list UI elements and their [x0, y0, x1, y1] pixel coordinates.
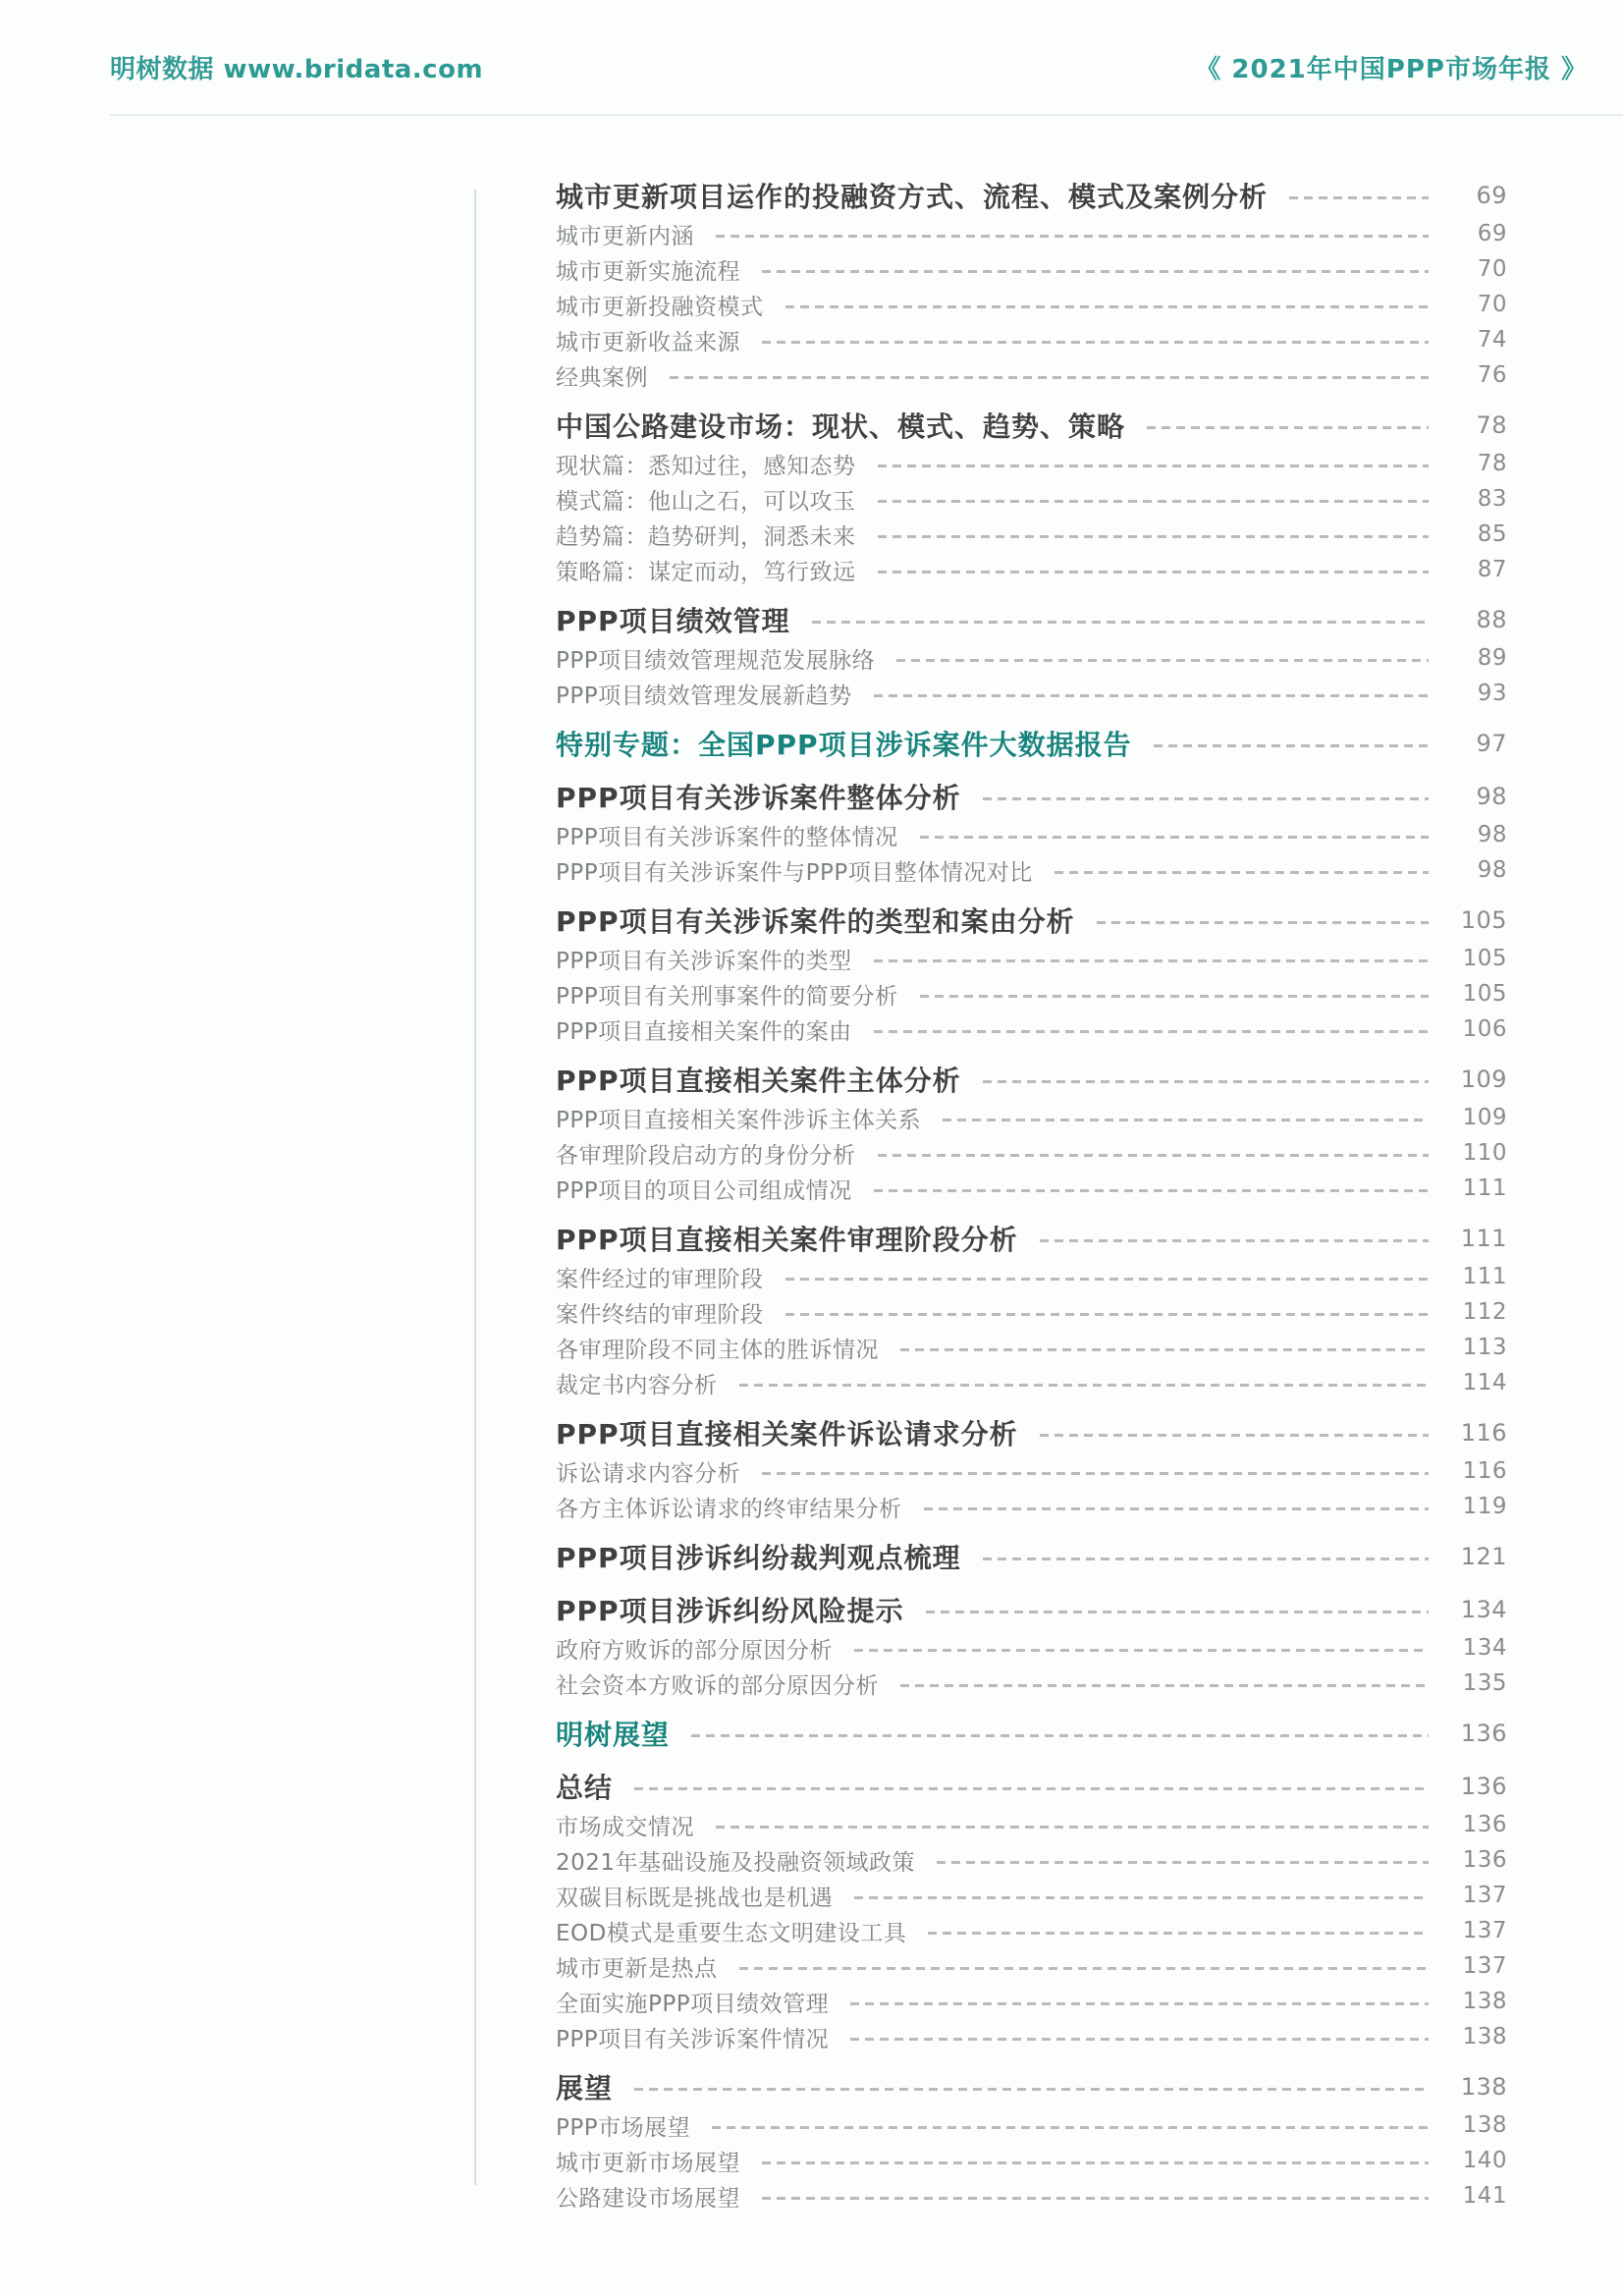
dotted-leader: [983, 1558, 1429, 1560]
dotted-leader: [812, 621, 1429, 624]
dotted-leader: [874, 959, 1429, 962]
dotted-leader: [712, 2126, 1429, 2129]
dotted-leader: [878, 535, 1430, 538]
toc-item: 各审理阶段不同主体的胜诉情况113: [556, 1330, 1507, 1365]
dotted-leader: [716, 235, 1429, 238]
dotted-leader: [900, 1348, 1429, 1351]
dotted-leader: [739, 1967, 1430, 1970]
toc-page-number: 138: [1454, 2073, 1507, 2101]
toc-item: PPP项目的项目公司组成情况111: [556, 1171, 1507, 1206]
toc-entry-label: PPP项目绩效管理发展新趋势: [556, 678, 852, 710]
dotted-leader: [762, 1472, 1429, 1475]
dotted-leader: [1040, 1239, 1429, 1242]
toc-entry-label: 明树展望: [556, 1714, 670, 1753]
toc-page-number: 121: [1454, 1543, 1507, 1570]
toc-entry-label: PPP项目绩效管理规范发展脉络: [556, 642, 875, 675]
dotted-leader: [1154, 744, 1429, 747]
dotted-leader: [634, 2088, 1429, 2091]
toc-page-number: 105: [1454, 981, 1507, 1007]
toc-entry-label: 城市更新内涵: [556, 218, 694, 250]
dotted-leader: [762, 341, 1429, 344]
toc-entry-label: 诉讼请求内容分析: [556, 1455, 740, 1488]
toc-entry-label: PPP项目有关涉诉案件的类型和案由分析: [556, 901, 1075, 940]
dotted-leader: [850, 2002, 1429, 2005]
toc-section-heading: 特别专题：全国PPP项目涉诉案件大数据报告97: [556, 723, 1507, 764]
toc-item: PPP项目有关涉诉案件与PPP项目整体情况对比98: [556, 852, 1507, 888]
toc-section-heading: PPP项目直接相关案件主体分析109: [556, 1059, 1507, 1100]
toc-section: 总结136市场成交情况1362021年基础设施及投融资领域政策136双碳目标既是…: [556, 1766, 1507, 2054]
toc-item: 模式篇：他山之石，可以攻玉83: [556, 481, 1507, 517]
dotted-leader: [878, 1154, 1430, 1157]
toc-section: 明树展望136: [556, 1713, 1507, 1754]
toc-item: PPP项目有关刑事案件的简要分析105: [556, 976, 1507, 1011]
toc-page-number: 69: [1454, 221, 1507, 246]
dotted-leader: [785, 1313, 1430, 1316]
toc-page-number: 76: [1454, 362, 1507, 388]
toc-page-number: 136: [1454, 1847, 1507, 1873]
toc-page-number: 70: [1454, 256, 1507, 282]
toc-page-number: 136: [1454, 1812, 1507, 1837]
toc-entry-label: PPP项目绩效管理: [556, 600, 790, 639]
toc-item: 趋势篇：趋势研判，洞悉未来85: [556, 517, 1507, 552]
toc-page-number: 111: [1454, 1225, 1507, 1252]
toc-entry-label: PPP项目直接相关案件审理阶段分析: [556, 1219, 1018, 1258]
toc-section: 城市更新项目运作的投融资方式、流程、模式及案例分析69城市更新内涵69城市更新实…: [556, 175, 1507, 393]
dotted-leader: [928, 1932, 1429, 1935]
toc-entry-label: PPP项目有关涉诉案件整体分析: [556, 777, 961, 816]
dotted-leader: [762, 2197, 1429, 2200]
dotted-leader: [926, 1611, 1429, 1613]
toc-page-number: 89: [1454, 645, 1507, 671]
dotted-leader: [785, 1278, 1430, 1281]
toc-item: 策略篇：谋定而动，笃行致远87: [556, 552, 1507, 587]
toc-page-number: 78: [1454, 411, 1507, 439]
toc-page-number: 74: [1454, 327, 1507, 353]
toc-entry-label: 模式篇：他山之石，可以攻玉: [556, 483, 856, 516]
toc-section: PPP项目涉诉纠纷裁判观点梳理121: [556, 1536, 1507, 1577]
toc-section-heading: PPP项目涉诉纠纷风险提示134: [556, 1589, 1507, 1630]
dotted-leader: [850, 2038, 1429, 2041]
toc-section: 中国公路建设市场：现状、模式、趋势、策略78现状篇：悉知过往，感知态势78模式篇…: [556, 405, 1507, 587]
toc-entry-label: 各审理阶段不同主体的胜诉情况: [556, 1332, 879, 1364]
toc-section-heading: PPP项目有关涉诉案件的类型和案由分析105: [556, 900, 1507, 941]
toc-section-heading: PPP项目直接相关案件审理阶段分析111: [556, 1218, 1507, 1259]
toc-item: 2021年基础设施及投融资领域政策136: [556, 1842, 1507, 1878]
toc-section: PPP项目直接相关案件主体分析109PPP项目直接相关案件涉诉主体关系109各审…: [556, 1059, 1507, 1206]
toc-item: 城市更新是热点137: [556, 1948, 1507, 1984]
toc-entry-label: 城市更新收益来源: [556, 324, 740, 356]
toc-page-number: 98: [1454, 783, 1507, 810]
toc-entry-label: 案件终结的审理阶段: [556, 1296, 764, 1329]
toc-page-number: 112: [1454, 1299, 1507, 1325]
toc-entry-label: PPP项目涉诉纠纷风险提示: [556, 1590, 904, 1629]
toc-entry-label: PPP项目有关涉诉案件情况: [556, 2021, 829, 2053]
toc-section: PPP项目有关涉诉案件的类型和案由分析105PPP项目有关涉诉案件的类型105P…: [556, 900, 1507, 1047]
toc-item: 城市更新市场展望140: [556, 2143, 1507, 2178]
toc-item: PPP市场展望138: [556, 2107, 1507, 2143]
toc-section-heading: PPP项目有关涉诉案件整体分析98: [556, 776, 1507, 817]
toc-item: 城市更新投融资模式70: [556, 287, 1507, 322]
toc-vertical-divider: [474, 190, 476, 2185]
toc-item: 案件终结的审理阶段112: [556, 1294, 1507, 1330]
dotted-leader: [878, 500, 1430, 503]
toc-page-number: 106: [1454, 1016, 1507, 1042]
toc-page-number: 140: [1454, 2148, 1507, 2173]
toc-entry-label: PPP项目有关涉诉案件与PPP项目整体情况对比: [556, 854, 1033, 887]
dotted-leader: [920, 995, 1429, 998]
toc-page-number: 134: [1454, 1635, 1507, 1661]
toc-section-heading: PPP项目绩效管理88: [556, 599, 1507, 640]
toc-entry-label: 各方主体诉讼请求的终审结果分析: [556, 1491, 902, 1523]
toc-entry-label: 案件经过的审理阶段: [556, 1261, 764, 1293]
toc-entry-label: 社会资本方败诉的部分原因分析: [556, 1667, 879, 1700]
toc-section-heading: PPP项目直接相关案件诉讼请求分析116: [556, 1412, 1507, 1453]
toc-page-number: 98: [1454, 857, 1507, 883]
toc-item: PPP项目绩效管理规范发展脉络89: [556, 640, 1507, 676]
toc-entry-label: 裁定书内容分析: [556, 1367, 718, 1399]
toc-page-number: 109: [1454, 1105, 1507, 1130]
toc-entry-label: 展望: [556, 2067, 613, 2106]
toc-page-number: 110: [1454, 1140, 1507, 1166]
toc-entry-label: 城市更新项目运作的投融资方式、流程、模式及案例分析: [556, 176, 1268, 215]
dotted-leader: [896, 659, 1429, 662]
dotted-leader: [878, 465, 1430, 467]
toc-item: 政府方败诉的部分原因分析134: [556, 1630, 1507, 1666]
toc-section: PPP项目直接相关案件审理阶段分析111案件经过的审理阶段111案件终结的审理阶…: [556, 1218, 1507, 1400]
dotted-leader: [878, 571, 1430, 574]
toc-item: 现状篇：悉知过往，感知态势78: [556, 446, 1507, 481]
toc-entry-label: 现状篇：悉知过往，感知态势: [556, 448, 856, 480]
dotted-leader: [1097, 921, 1429, 924]
toc-entry-label: PPP项目涉诉纠纷裁判观点梳理: [556, 1537, 961, 1576]
toc-page-number: 137: [1454, 1883, 1507, 1908]
toc-item: 裁定书内容分析114: [556, 1365, 1507, 1400]
toc-entry-label: 趋势篇：趋势研判，洞悉未来: [556, 519, 856, 551]
toc-page-number: 70: [1454, 292, 1507, 317]
toc-page-number: 138: [1454, 1989, 1507, 2014]
dotted-leader: [983, 1080, 1429, 1083]
dotted-leader: [854, 1649, 1429, 1652]
dotted-leader: [874, 1030, 1429, 1033]
toc-item: PPP项目有关涉诉案件的类型105: [556, 941, 1507, 976]
toc-section-heading: 明树展望136: [556, 1713, 1507, 1754]
toc-entry-label: PPP项目有关涉诉案件的类型: [556, 943, 852, 975]
toc-entry-label: 市场成交情况: [556, 1809, 694, 1841]
toc-entry-label: 总结: [556, 1767, 613, 1806]
toc-page-number: 93: [1454, 681, 1507, 706]
toc-entry-label: PPP项目直接相关案件主体分析: [556, 1060, 961, 1099]
toc-section-heading: 总结136: [556, 1766, 1507, 1807]
dotted-leader: [670, 376, 1429, 379]
dotted-leader: [762, 270, 1429, 273]
toc-item: PPP项目有关涉诉案件的整体情况98: [556, 817, 1507, 852]
toc-entry-label: PPP项目的项目公司组成情况: [556, 1173, 852, 1205]
toc-item: 社会资本方败诉的部分原因分析135: [556, 1666, 1507, 1701]
toc-page-number: 83: [1454, 486, 1507, 512]
toc-item: 城市更新内涵69: [556, 216, 1507, 251]
dotted-leader: [1055, 871, 1429, 874]
toc-page-number: 134: [1454, 1596, 1507, 1623]
toc-page-number: 87: [1454, 557, 1507, 582]
toc-section: PPP项目有关涉诉案件整体分析98PPP项目有关涉诉案件的整体情况98PPP项目…: [556, 776, 1507, 888]
toc-section: PPP项目绩效管理88PPP项目绩效管理规范发展脉络89PPP项目绩效管理发展新…: [556, 599, 1507, 711]
toc-item: PPP项目直接相关案件涉诉主体关系109: [556, 1100, 1507, 1135]
toc-page-number: 78: [1454, 451, 1507, 476]
dotted-leader: [900, 1684, 1429, 1687]
toc-item: 诉讼请求内容分析116: [556, 1453, 1507, 1489]
toc-entry-label: 经典案例: [556, 359, 648, 392]
toc-entry-label: 中国公路建设市场：现状、模式、趋势、策略: [556, 406, 1125, 445]
header-divider: [110, 114, 1623, 116]
dotted-leader: [1040, 1434, 1429, 1437]
report-title: 《 2021年中国PPP市场年报 》: [1195, 49, 1588, 85]
toc-section: PPP项目涉诉纠纷风险提示134政府方败诉的部分原因分析134社会资本方败诉的部…: [556, 1589, 1507, 1701]
toc-entry-label: PPP项目有关刑事案件的简要分析: [556, 978, 898, 1011]
toc-page-number: 135: [1454, 1670, 1507, 1696]
toc-page-number: 116: [1454, 1419, 1507, 1447]
toc-entry-label: 特别专题：全国PPP项目涉诉案件大数据报告: [556, 724, 1132, 763]
dotted-leader: [943, 1119, 1429, 1121]
brand-text: 明树数据 www.bridata.com: [110, 49, 483, 85]
toc-item: EOD模式是重要生态文明建设工具137: [556, 1913, 1507, 1948]
toc-item: 市场成交情况136: [556, 1807, 1507, 1842]
toc-section-heading: 展望138: [556, 2066, 1507, 2107]
toc-entry-label: 城市更新实施流程: [556, 253, 740, 286]
toc-entry-label: 各审理阶段启动方的身份分析: [556, 1137, 856, 1170]
toc-page-number: 116: [1454, 1458, 1507, 1484]
dotted-leader: [634, 1787, 1429, 1790]
toc-entry-label: 城市更新投融资模式: [556, 289, 764, 321]
toc-page-number: 138: [1454, 2112, 1507, 2138]
toc-page-number: 111: [1454, 1175, 1507, 1201]
toc-page-number: 136: [1454, 1720, 1507, 1747]
page-header: 明树数据 www.bridata.com 《 2021年中国PPP市场年报 》: [110, 49, 1588, 85]
toc-section-heading: 中国公路建设市场：现状、模式、趋势、策略78: [556, 405, 1507, 446]
toc-entry-label: 全面实施PPP项目绩效管理: [556, 1986, 829, 2018]
toc-page-number: 88: [1454, 606, 1507, 633]
toc-item: 各审理阶段启动方的身份分析110: [556, 1135, 1507, 1171]
dotted-leader: [937, 1861, 1429, 1864]
toc-section: PPP项目直接相关案件诉讼请求分析116诉讼请求内容分析116各方主体诉讼请求的…: [556, 1412, 1507, 1524]
toc-page-number: 114: [1454, 1370, 1507, 1395]
toc-section: 展望138PPP市场展望138城市更新市场展望140公路建设市场展望141: [556, 2066, 1507, 2214]
dotted-leader: [762, 2161, 1429, 2164]
toc-entry-label: PPP项目直接相关案件涉诉主体关系: [556, 1102, 921, 1134]
toc-page-number: 105: [1454, 946, 1507, 971]
toc: 城市更新项目运作的投融资方式、流程、模式及案例分析69城市更新内涵69城市更新实…: [556, 175, 1507, 2214]
toc-page-number: 138: [1454, 2024, 1507, 2050]
toc-item: PPP项目直接相关案件的案由106: [556, 1011, 1507, 1047]
dotted-leader: [716, 1826, 1429, 1829]
toc-entry-label: 城市更新是热点: [556, 1950, 718, 1983]
dotted-leader: [983, 797, 1429, 800]
dotted-leader: [1289, 196, 1429, 199]
toc-section-heading: 城市更新项目运作的投融资方式、流程、模式及案例分析69: [556, 175, 1507, 216]
dotted-leader: [739, 1384, 1430, 1387]
toc-entry-label: 双碳目标既是挑战也是机遇: [556, 1880, 833, 1912]
toc-item: 城市更新实施流程70: [556, 251, 1507, 287]
toc-page-number: 98: [1454, 822, 1507, 847]
toc-entry-label: PPP项目有关涉诉案件的整体情况: [556, 819, 898, 851]
toc-page-number: 85: [1454, 521, 1507, 547]
toc-page-number: 119: [1454, 1494, 1507, 1519]
dotted-leader: [1147, 426, 1429, 429]
toc-section: 特别专题：全国PPP项目涉诉案件大数据报告97: [556, 723, 1507, 764]
document-page: 明树数据 www.bridata.com 《 2021年中国PPP市场年报 》 …: [0, 0, 1623, 2296]
toc-page-number: 137: [1454, 1953, 1507, 1979]
toc-item: PPP项目有关涉诉案件情况138: [556, 2019, 1507, 2054]
toc-item: 双碳目标既是挑战也是机遇137: [556, 1878, 1507, 1913]
toc-page-number: 137: [1454, 1918, 1507, 1943]
toc-page-number: 141: [1454, 2183, 1507, 2209]
toc-page-number: 105: [1454, 906, 1507, 934]
toc-entry-label: PPP项目直接相关案件的案由: [556, 1013, 852, 1046]
toc-page-number: 97: [1454, 730, 1507, 757]
toc-entry-label: 城市更新市场展望: [556, 2145, 740, 2177]
dotted-leader: [691, 1734, 1429, 1737]
toc-entry-label: PPP项目直接相关案件诉讼请求分析: [556, 1413, 1018, 1452]
toc-item: PPP项目绩效管理发展新趋势93: [556, 676, 1507, 711]
toc-section-heading: PPP项目涉诉纠纷裁判观点梳理121: [556, 1536, 1507, 1577]
toc-entry-label: 公路建设市场展望: [556, 2180, 740, 2213]
toc-item: 经典案例76: [556, 357, 1507, 393]
toc-item: 案件经过的审理阶段111: [556, 1259, 1507, 1294]
toc-page-number: 111: [1454, 1264, 1507, 1289]
toc-item: 公路建设市场展望141: [556, 2178, 1507, 2214]
toc-entry-label: 2021年基础设施及投融资领域政策: [556, 1844, 915, 1877]
toc-item: 全面实施PPP项目绩效管理138: [556, 1984, 1507, 2019]
toc-page-number: 69: [1454, 182, 1507, 209]
toc-entry-label: EOD模式是重要生态文明建设工具: [556, 1915, 906, 1947]
dotted-leader: [920, 836, 1429, 839]
toc-item: 城市更新收益来源74: [556, 322, 1507, 357]
toc-page-number: 109: [1454, 1066, 1507, 1093]
dotted-leader: [924, 1507, 1430, 1510]
toc-item: 各方主体诉讼请求的终审结果分析119: [556, 1489, 1507, 1524]
dotted-leader: [854, 1896, 1429, 1899]
toc-entry-label: PPP市场展望: [556, 2109, 690, 2142]
toc-entry-label: 政府方败诉的部分原因分析: [556, 1632, 833, 1665]
toc-page-number: 136: [1454, 1773, 1507, 1800]
toc-page-number: 113: [1454, 1335, 1507, 1360]
dotted-leader: [785, 305, 1430, 308]
toc-entry-label: 策略篇：谋定而动，笃行致远: [556, 554, 856, 586]
dotted-leader: [874, 1189, 1429, 1192]
dotted-leader: [874, 694, 1429, 697]
